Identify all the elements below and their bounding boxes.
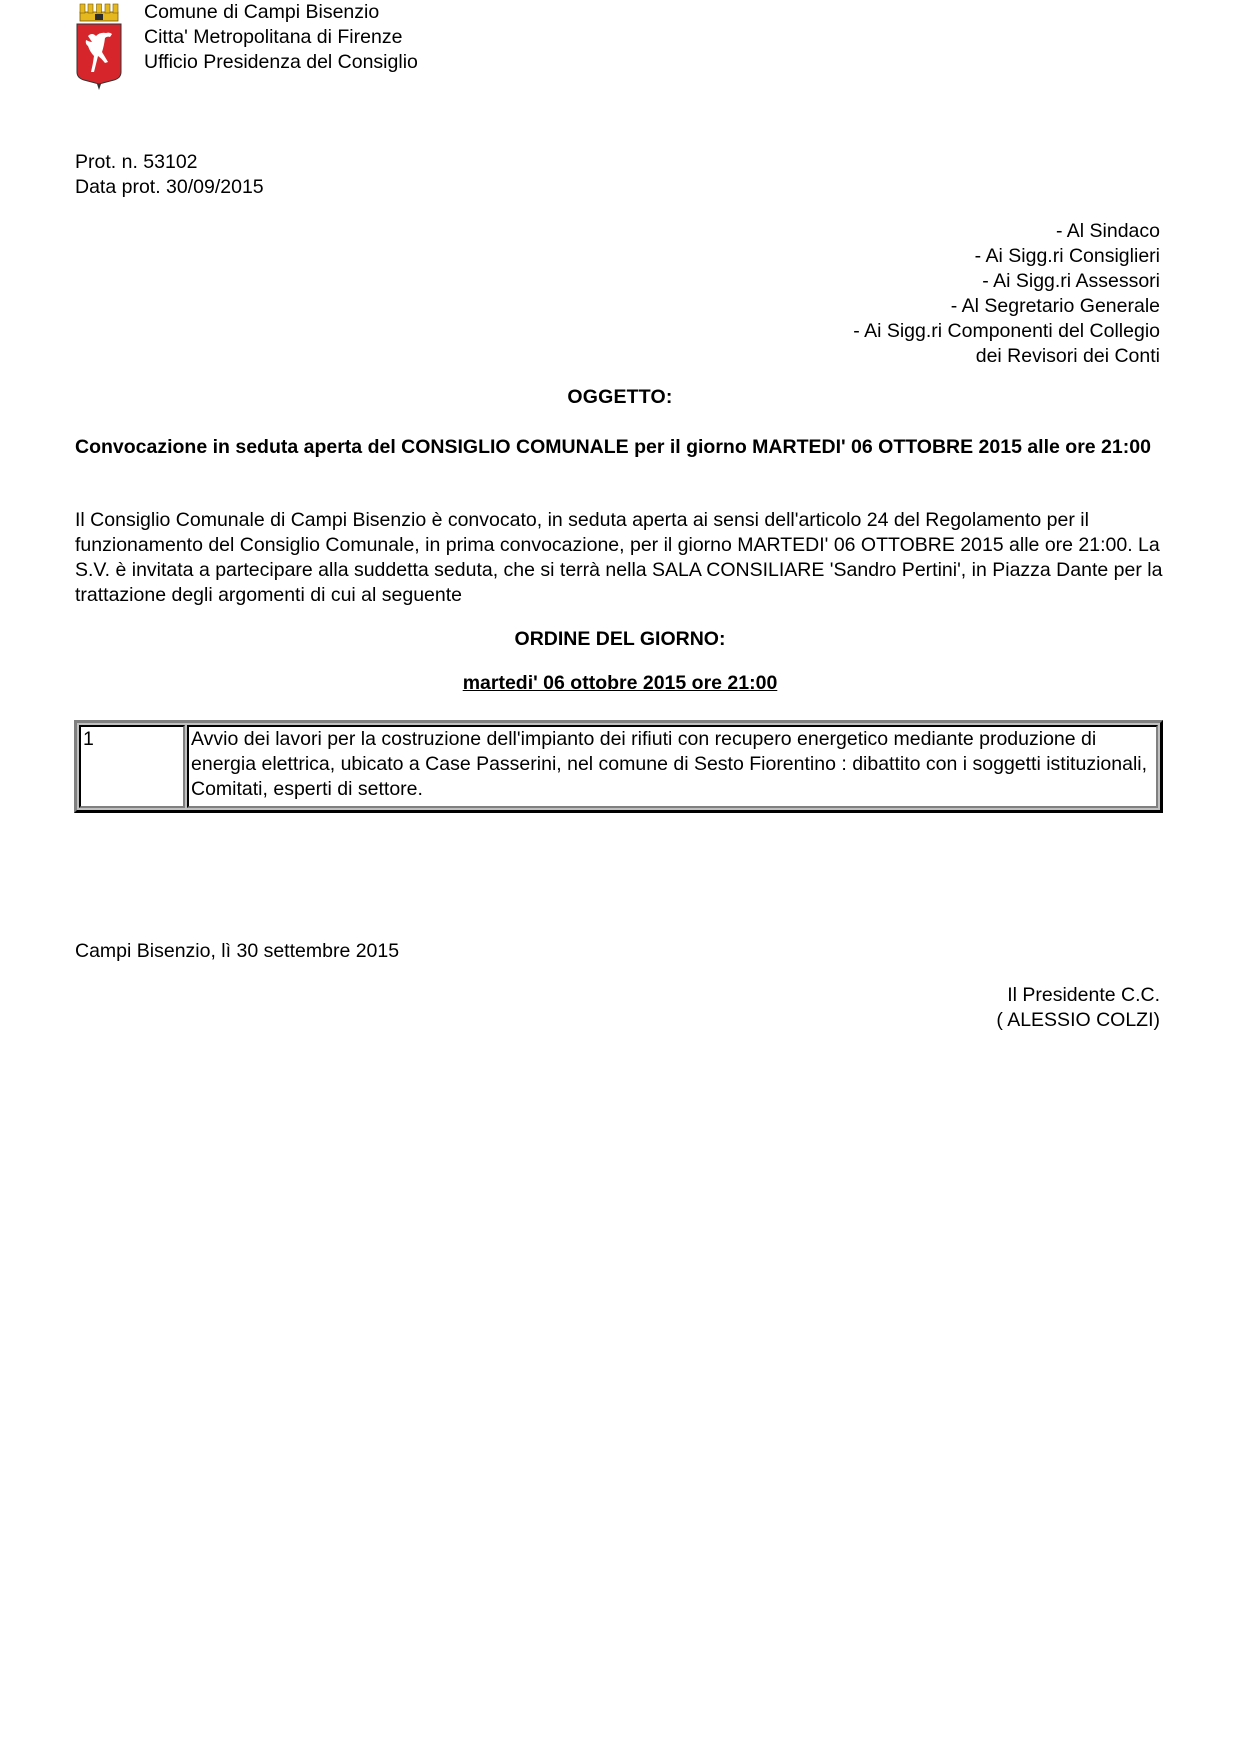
- protocol-date: Data prot. 30/09/2015: [75, 175, 264, 200]
- recipient-item: - Ai Sigg.ri Componenti del Collegio: [853, 319, 1160, 344]
- protocol-block: Prot. n. 53102 Data prot. 30/09/2015: [75, 150, 264, 200]
- letterhead-office: Ufficio Presidenza del Consiglio: [144, 50, 418, 75]
- recipient-item: - Ai Sigg.ri Assessori: [853, 269, 1160, 294]
- recipient-item: dei Revisori dei Conti: [853, 344, 1160, 369]
- recipient-item: - Ai Sigg.ri Consiglieri: [853, 244, 1160, 269]
- agenda-table: 1 Avvio dei lavori per la costruzione de…: [74, 720, 1163, 813]
- agenda-item-text: Avvio dei lavori per la costruzione dell…: [187, 725, 1158, 808]
- document-page: Comune di Campi Bisenzio Citta' Metropol…: [0, 0, 1240, 1754]
- agenda-date: martedi' 06 ottobre 2015 ore 21:00: [0, 672, 1240, 695]
- agenda-item-number: 1: [79, 725, 185, 808]
- subject-text: Convocazione in seduta aperta del CONSIG…: [75, 435, 1165, 460]
- signature-block: Il Presidente C.C. ( ALESSIO COLZI): [996, 983, 1160, 1033]
- protocol-number: Prot. n. 53102: [75, 150, 264, 175]
- letterhead: Comune di Campi Bisenzio Citta' Metropol…: [144, 0, 418, 75]
- agenda-title: ORDINE DEL GIORNO:: [0, 628, 1240, 651]
- body-paragraph: Il Consiglio Comunale di Campi Bisenzio …: [75, 508, 1165, 608]
- recipient-item: - Al Sindaco: [853, 219, 1160, 244]
- subject-label: OGGETTO:: [0, 386, 1240, 409]
- place-and-date: Campi Bisenzio, lì 30 settembre 2015: [75, 940, 399, 963]
- signer-name: ( ALESSIO COLZI): [996, 1008, 1160, 1033]
- table-row: 1 Avvio dei lavori per la costruzione de…: [79, 725, 1158, 808]
- recipients-list: - Al Sindaco - Ai Sigg.ri Consiglieri - …: [853, 219, 1160, 369]
- letterhead-metro-city: Citta' Metropolitana di Firenze: [144, 25, 418, 50]
- municipal-crest-icon: [74, 2, 124, 90]
- letterhead-municipality: Comune di Campi Bisenzio: [144, 0, 418, 25]
- recipient-item: - Al Segretario Generale: [853, 294, 1160, 319]
- signer-title: Il Presidente C.C.: [996, 983, 1160, 1008]
